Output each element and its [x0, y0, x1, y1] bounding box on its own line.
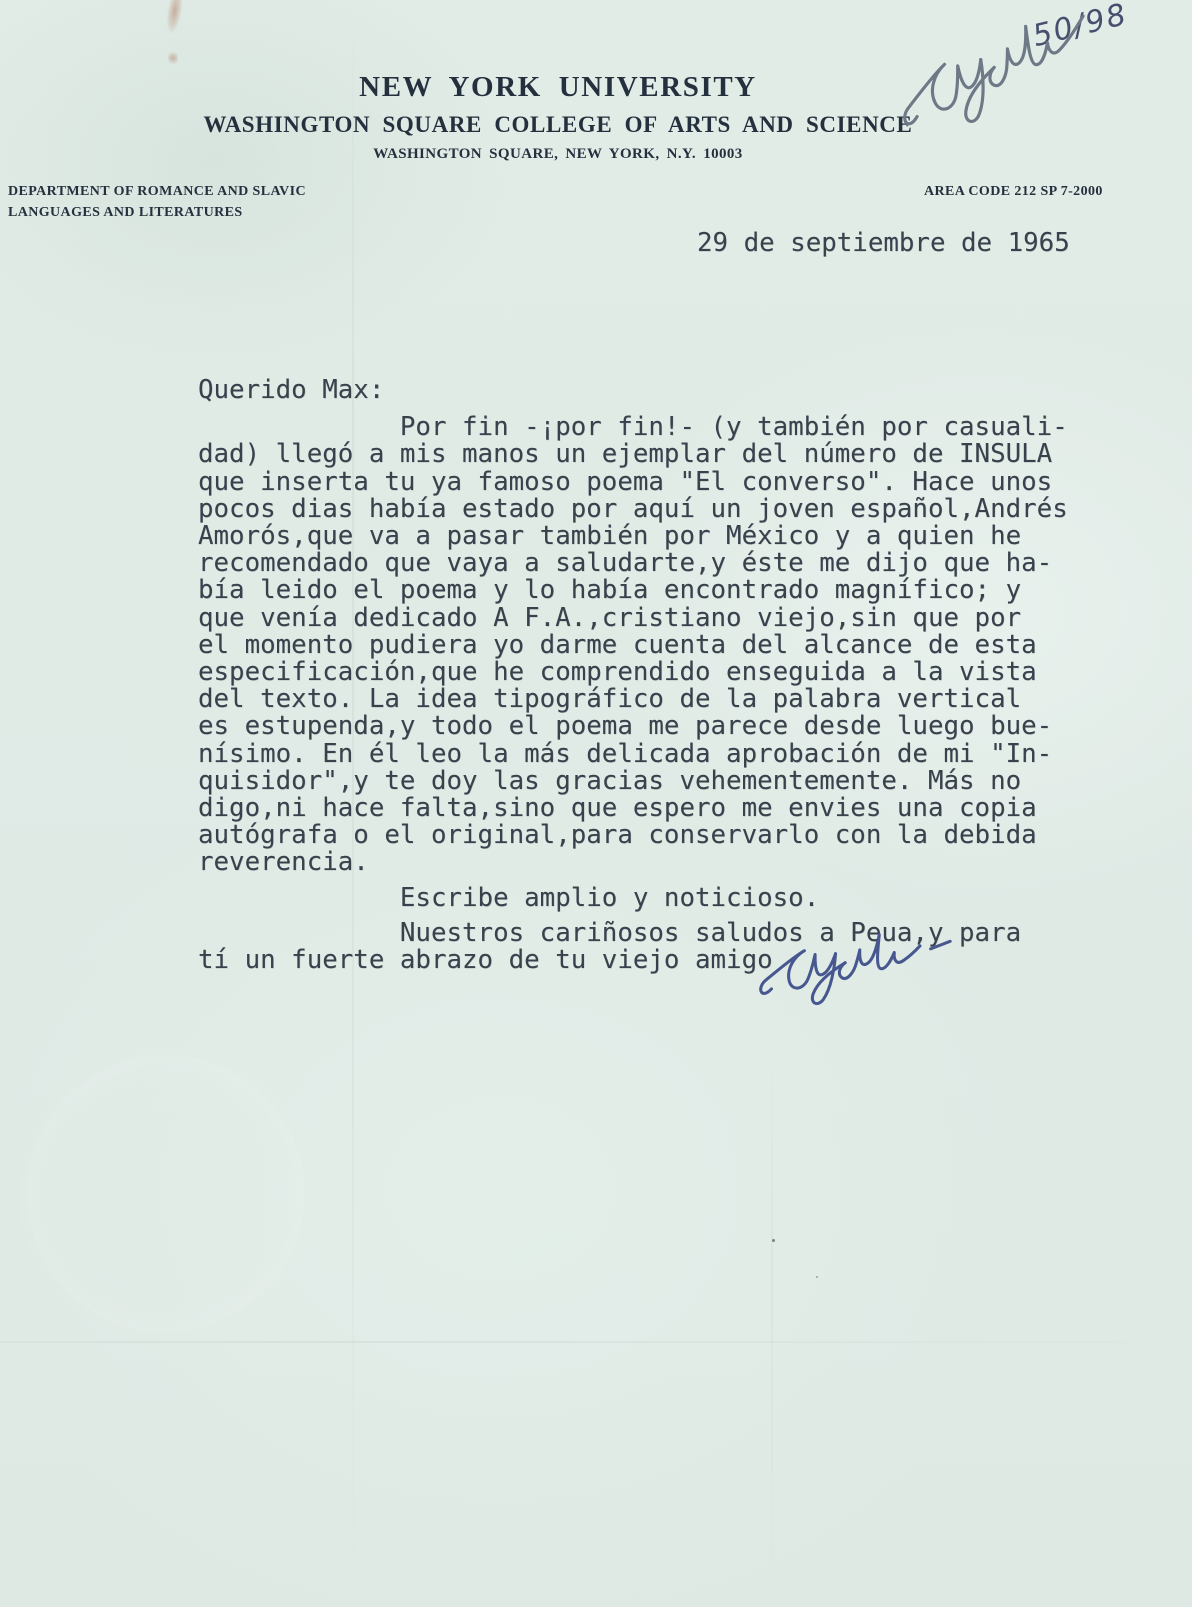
department-line1: DEPARTMENT OF ROMANCE AND SLAVIC	[8, 181, 306, 202]
vertical-fold-crease-lower	[771, 1050, 773, 1607]
college-name: WASHINGTON SQUARE COLLEGE OF ARTS AND SC…	[158, 112, 958, 138]
department-name: DEPARTMENT OF ROMANCE AND SLAVIC LANGUAG…	[8, 181, 306, 223]
department-line2: LANGUAGES AND LITERATURES	[8, 202, 306, 223]
ink-speck	[772, 1239, 775, 1242]
letter-body: Querido Max: Por fin -¡por fin!- (y tamb…	[198, 377, 1068, 974]
salutation: Querido Max:	[198, 377, 1068, 404]
phone-number: AREA CODE 212 SP 7-2000	[924, 184, 1103, 200]
horizontal-fold-crease	[0, 1341, 1192, 1343]
letterhead-address: WASHINGTON SQUARE, NEW YORK, N.Y. 10003	[158, 146, 958, 163]
paragraph-2: Escribe amplio y noticioso.	[198, 885, 1068, 912]
paragraph-1: Por fin -¡por fin!- (y también por casua…	[198, 414, 1068, 876]
embossed-seal-watermark	[28, 1056, 304, 1332]
letterhead: NEW YORK UNIVERSITY WASHINGTON SQUARE CO…	[158, 0, 958, 163]
university-name: NEW YORK UNIVERSITY	[158, 71, 958, 104]
letter-page: NEW YORK UNIVERSITY WASHINGTON SQUARE CO…	[0, 0, 1192, 1607]
ink-speck	[816, 1276, 818, 1278]
letter-date: 29 de septiembre de 1965	[697, 228, 1070, 258]
